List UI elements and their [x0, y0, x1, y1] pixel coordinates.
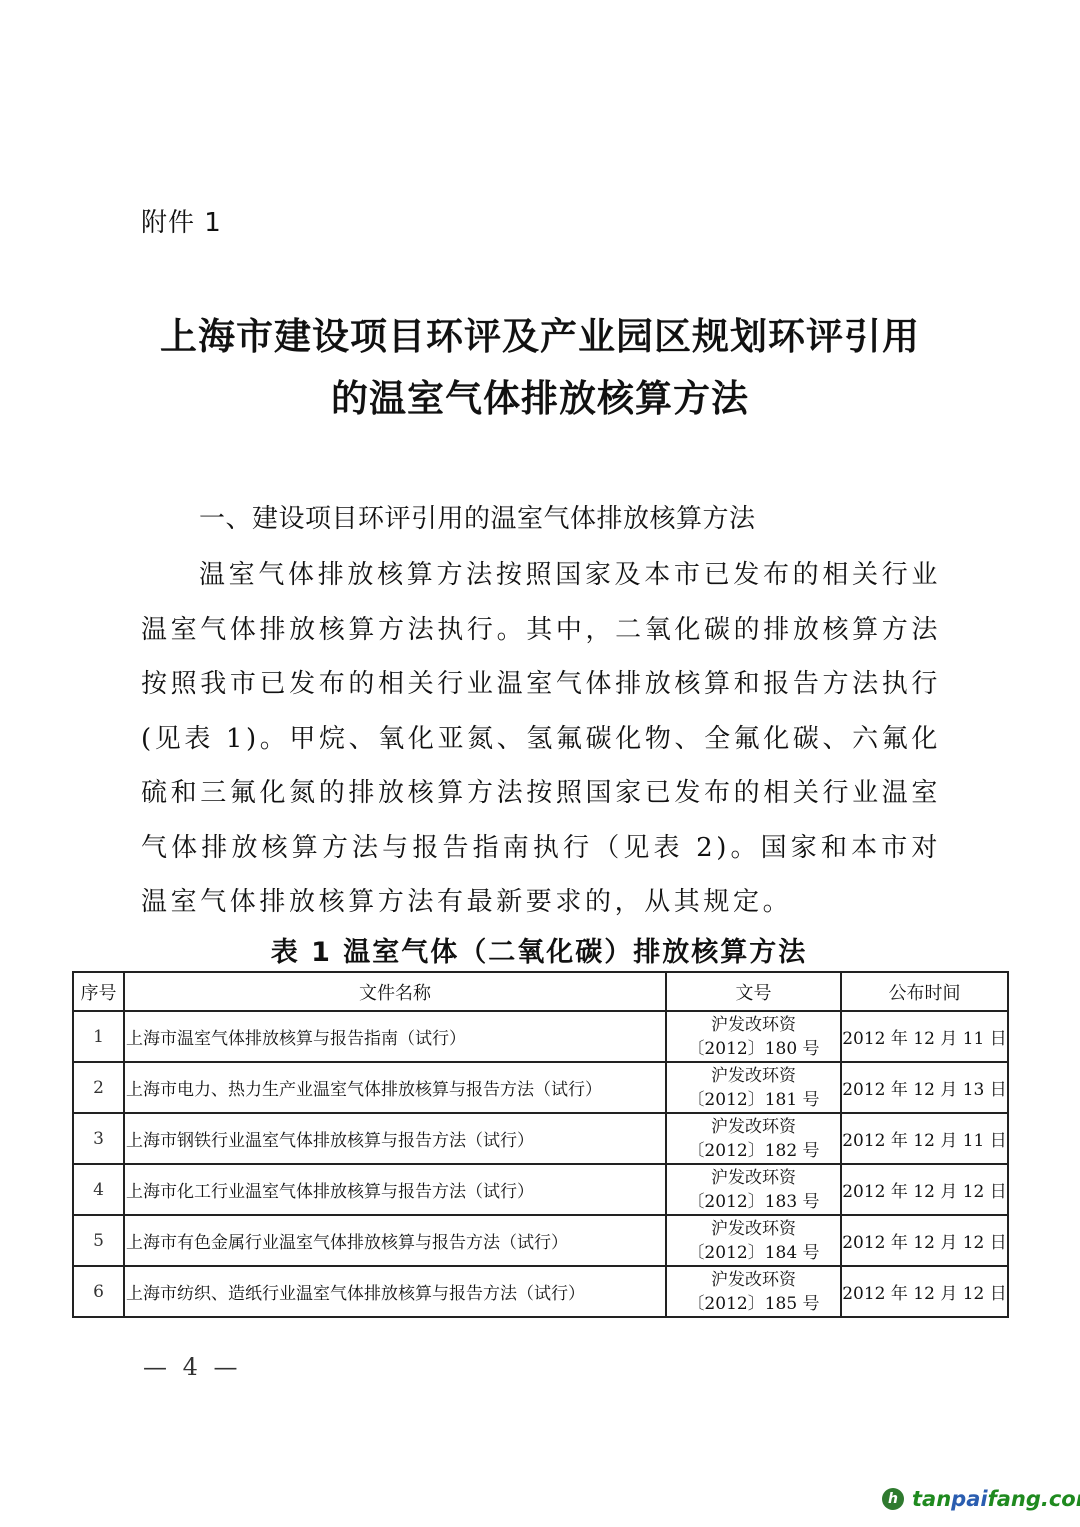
doc-number-line1: 沪发改环资	[667, 1268, 840, 1292]
header-file-name: 文件名称	[124, 972, 666, 1011]
doc-number-line2: 〔2012〕181 号	[667, 1088, 840, 1112]
cell-index: 4	[73, 1164, 124, 1215]
doc-number-line1: 沪发改环资	[667, 1064, 840, 1088]
attachment-label: 附件 1	[141, 202, 222, 239]
table-row: 5 上海市有色金属行业温室气体排放核算与报告方法（试行） 沪发改环资〔2012〕…	[73, 1215, 1008, 1266]
section-heading: 一、建设项目环评引用的温室气体排放核算方法	[199, 498, 756, 535]
header-index: 序号	[73, 972, 124, 1011]
table-header-row: 序号 文件名称 文号 公布时间	[73, 972, 1008, 1011]
cell-publish-date: 2012 年 12 月 12 日	[841, 1266, 1008, 1317]
table-row: 2 上海市电力、热力生产业温室气体排放核算与报告方法（试行） 沪发改环资〔201…	[73, 1062, 1008, 1113]
cell-publish-date: 2012 年 12 月 11 日	[841, 1011, 1008, 1062]
cell-file-name: 上海市纺织、造纸行业温室气体排放核算与报告方法（试行）	[124, 1266, 666, 1317]
cell-publish-date: 2012 年 12 月 12 日	[841, 1164, 1008, 1215]
cell-publish-date: 2012 年 12 月 12 日	[841, 1215, 1008, 1266]
table-caption: 表 1 温室气体（二氧化碳）排放核算方法	[72, 930, 1006, 969]
tanpaifang-logo-icon: h	[882, 1488, 904, 1510]
watermark: h tanpaifang.com	[882, 1487, 1080, 1511]
doc-number-line1: 沪发改环资	[667, 1115, 840, 1139]
watermark-text-part2: pai	[951, 1487, 987, 1511]
doc-number-line2: 〔2012〕185 号	[667, 1292, 840, 1316]
cell-index: 1	[73, 1011, 124, 1062]
cell-doc-number: 沪发改环资〔2012〕184 号	[666, 1215, 841, 1266]
page-number: — 4 —	[143, 1353, 242, 1381]
table-row: 6 上海市纺织、造纸行业温室气体排放核算与报告方法（试行） 沪发改环资〔2012…	[73, 1266, 1008, 1317]
header-publish-date: 公布时间	[841, 972, 1008, 1011]
header-doc-number: 文号	[666, 972, 841, 1011]
doc-number-line2: 〔2012〕182 号	[667, 1139, 840, 1163]
table-row: 3 上海市钢铁行业温室气体排放核算与报告方法（试行） 沪发改环资〔2012〕18…	[73, 1113, 1008, 1164]
cell-index: 3	[73, 1113, 124, 1164]
doc-number-line1: 沪发改环资	[667, 1013, 840, 1037]
cell-doc-number: 沪发改环资〔2012〕185 号	[666, 1266, 841, 1317]
cell-file-name: 上海市化工行业温室气体排放核算与报告方法（试行）	[124, 1164, 666, 1215]
doc-number-line2: 〔2012〕183 号	[667, 1190, 840, 1214]
table-row: 4 上海市化工行业温室气体排放核算与报告方法（试行） 沪发改环资〔2012〕18…	[73, 1164, 1008, 1215]
document-title-line2: 的温室气体排放核算方法	[130, 368, 950, 422]
watermark-text-part1: tan	[912, 1487, 951, 1511]
document-title-line1: 上海市建设项目环评及产业园区规划环评引用	[130, 306, 950, 360]
watermark-text-part3: fang.com	[988, 1487, 1080, 1511]
cell-file-name: 上海市有色金属行业温室气体排放核算与报告方法（试行）	[124, 1215, 666, 1266]
cell-doc-number: 沪发改环资〔2012〕180 号	[666, 1011, 841, 1062]
cell-index: 5	[73, 1215, 124, 1266]
doc-number-line2: 〔2012〕184 号	[667, 1241, 840, 1265]
body-paragraph: 温室气体排放核算方法按照国家及本市已发布的相关行业温室气体排放核算方法执行。其中…	[141, 548, 941, 930]
cell-index: 2	[73, 1062, 124, 1113]
cell-file-name: 上海市温室气体排放核算与报告指南（试行）	[124, 1011, 666, 1062]
cell-publish-date: 2012 年 12 月 11 日	[841, 1113, 1008, 1164]
doc-number-line1: 沪发改环资	[667, 1217, 840, 1241]
cell-doc-number: 沪发改环资〔2012〕181 号	[666, 1062, 841, 1113]
cell-index: 6	[73, 1266, 124, 1317]
cell-file-name: 上海市钢铁行业温室气体排放核算与报告方法（试行）	[124, 1113, 666, 1164]
cell-file-name: 上海市电力、热力生产业温室气体排放核算与报告方法（试行）	[124, 1062, 666, 1113]
cell-publish-date: 2012 年 12 月 13 日	[841, 1062, 1008, 1113]
cell-doc-number: 沪发改环资〔2012〕182 号	[666, 1113, 841, 1164]
doc-number-line1: 沪发改环资	[667, 1166, 840, 1190]
cell-doc-number: 沪发改环资〔2012〕183 号	[666, 1164, 841, 1215]
table-row: 1 上海市温室气体排放核算与报告指南（试行） 沪发改环资〔2012〕180 号 …	[73, 1011, 1008, 1062]
emission-methods-table: 序号 文件名称 文号 公布时间 1 上海市温室气体排放核算与报告指南（试行） 沪…	[72, 971, 1009, 1318]
watermark-text: tanpaifang.com	[912, 1487, 1080, 1511]
doc-number-line2: 〔2012〕180 号	[667, 1037, 840, 1061]
